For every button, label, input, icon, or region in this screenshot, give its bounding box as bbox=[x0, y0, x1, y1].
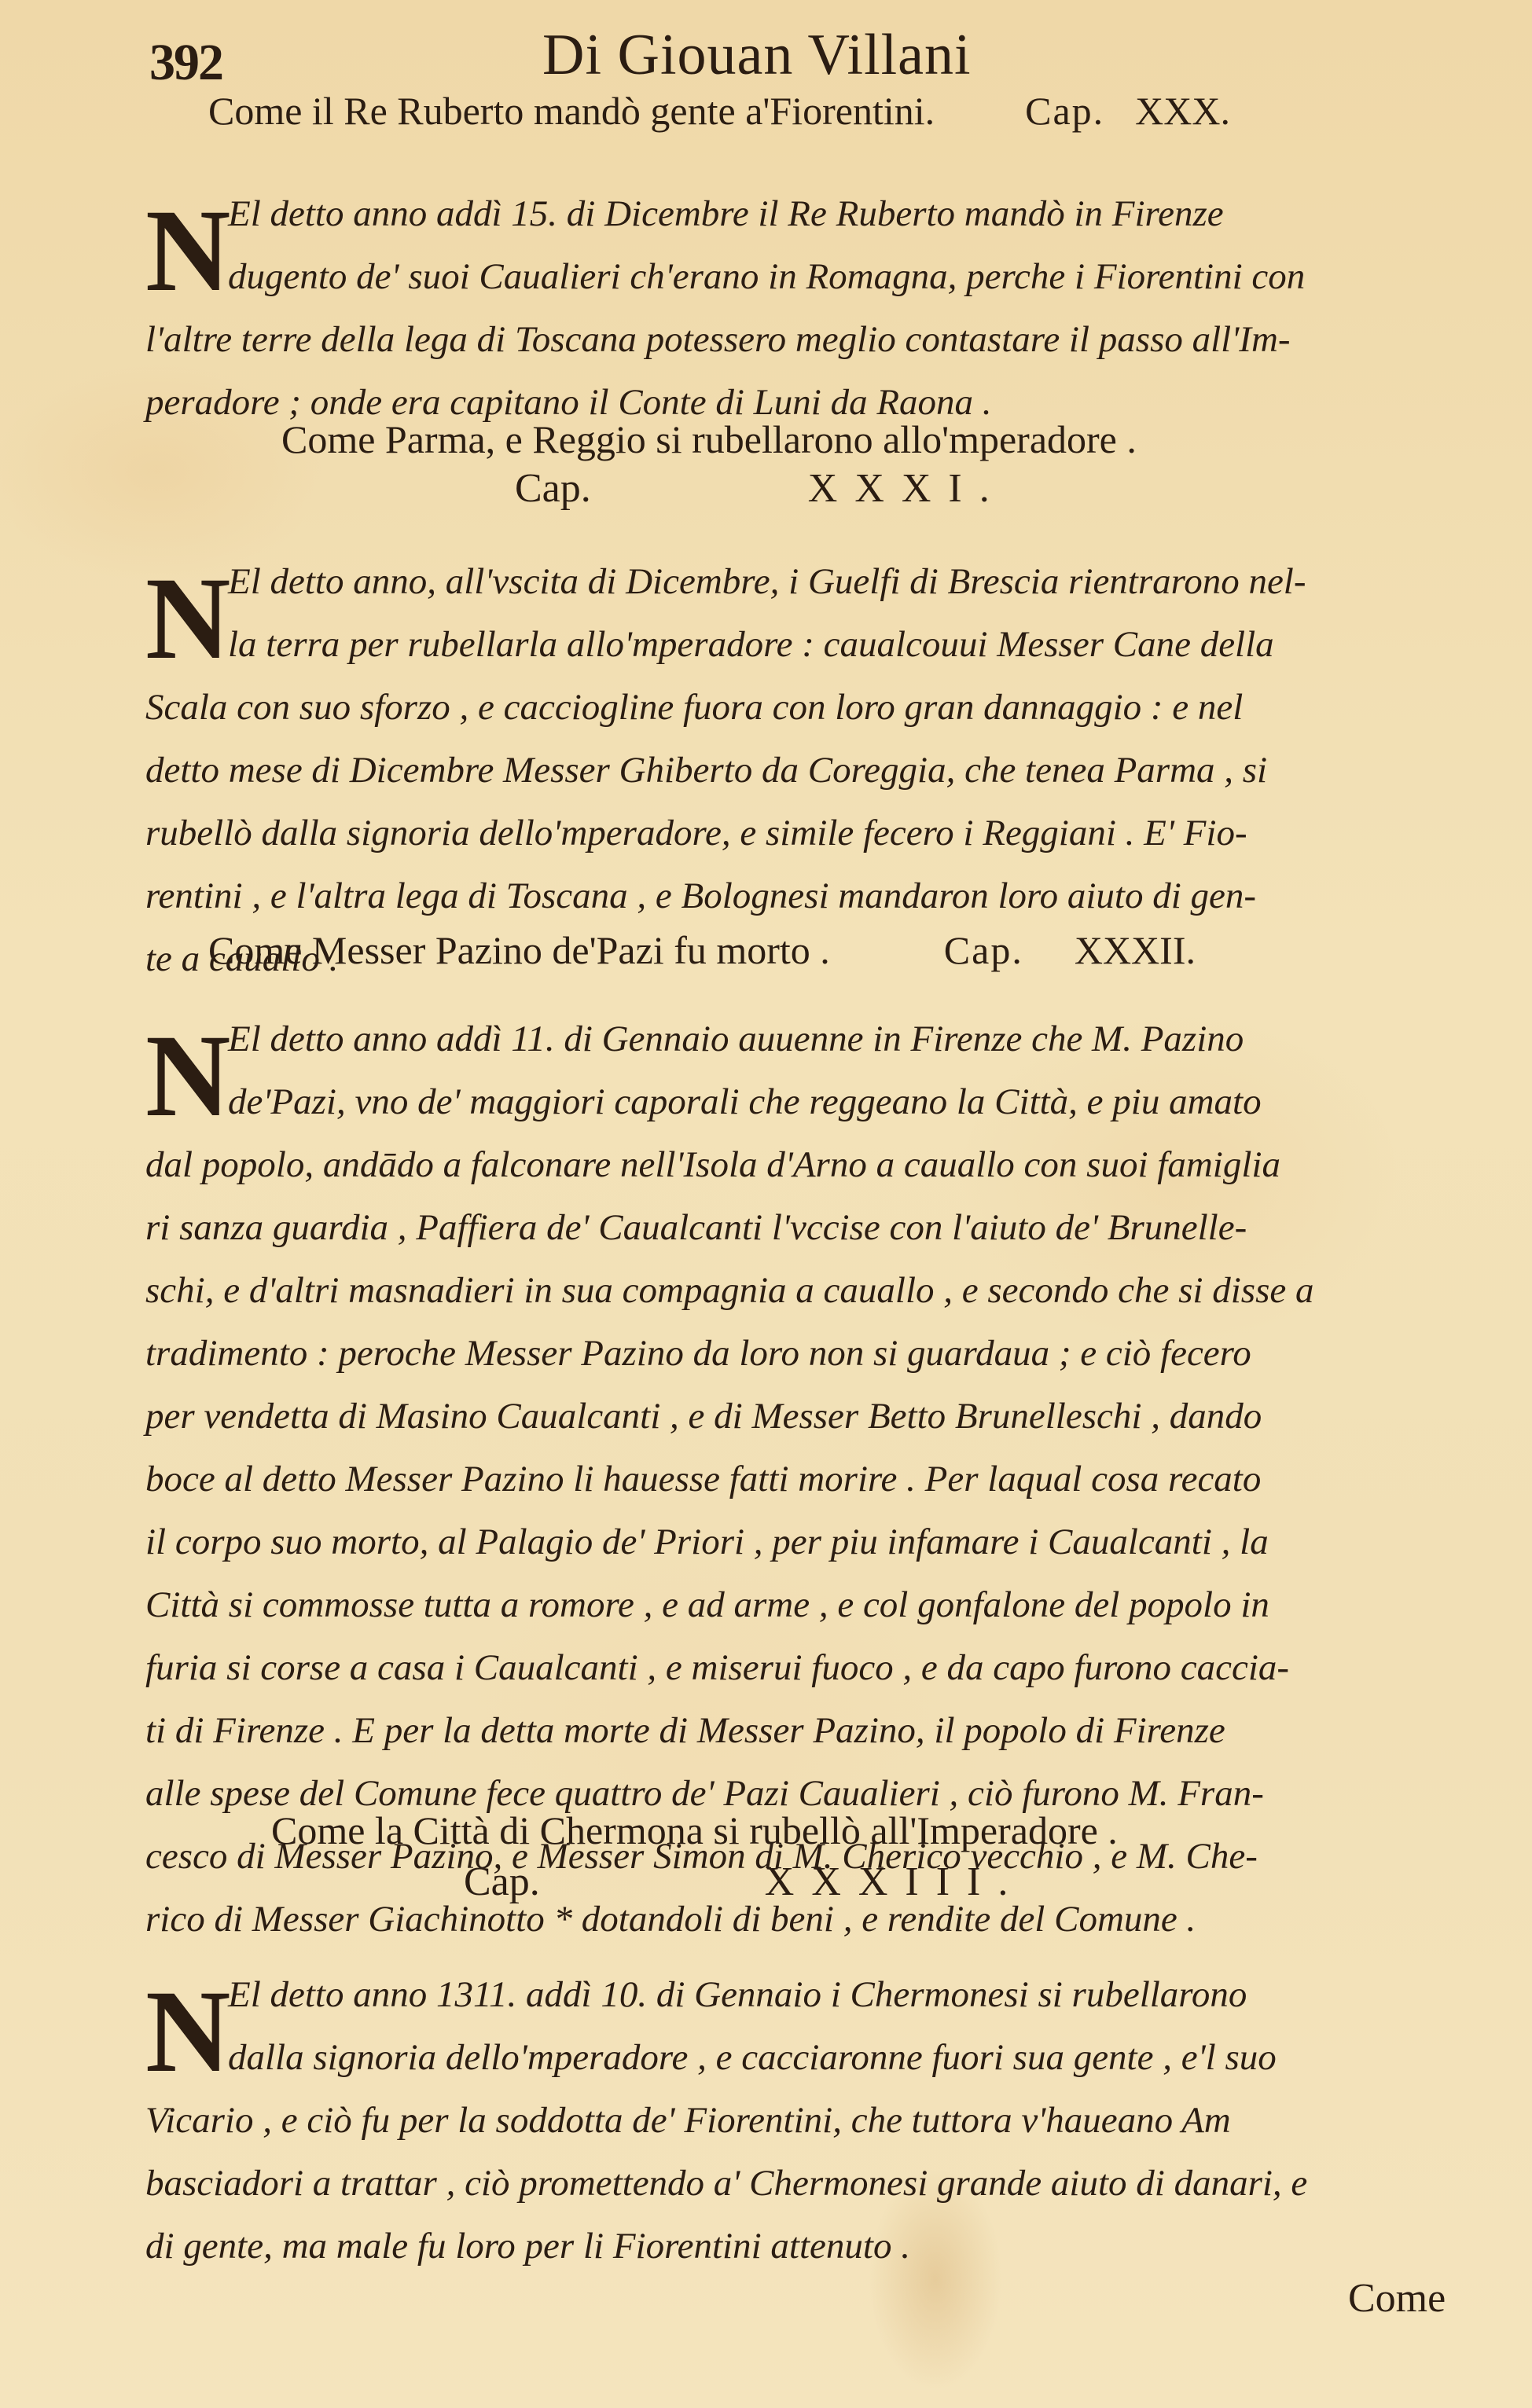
text-line: de'Pazi, vno de' maggiori caporali che r… bbox=[145, 1070, 1482, 1133]
cap-line-xxxiii: Cap. XXXIII. bbox=[464, 1859, 1025, 1905]
cap-label: Cap. bbox=[944, 928, 1023, 972]
cap-label: Cap. bbox=[464, 1859, 540, 1904]
chapter-title: Come il Re Ruberto mandò gente a'Fiorent… bbox=[208, 89, 935, 133]
chapter-heading-xxx: Come il Re Ruberto mandò gente a'Fiorent… bbox=[208, 88, 1230, 134]
text-line: basciadori a trattar , ciò promettendo a… bbox=[145, 2152, 1482, 2215]
text-line: El detto anno, all'vscita di Dicembre, i… bbox=[145, 550, 1482, 613]
running-head: 392 Di Giouan Villani bbox=[0, 22, 1532, 85]
text-line: Città si commosse tutta a romore , e ad … bbox=[145, 1573, 1482, 1636]
text-line: la terra per rubellarla allo'mperadore :… bbox=[145, 613, 1482, 676]
text-line: ti di Firenze . E per la detta morte di … bbox=[145, 1699, 1482, 1762]
chapter-heading-xxxii: Come Messer Pazino de'Pazi fu morto . Ca… bbox=[208, 927, 1196, 973]
text-line: El detto anno addì 15. di Dicembre il Re… bbox=[145, 182, 1482, 245]
cap-line-xxxi: Cap. XXXI. bbox=[515, 465, 1007, 512]
text-line: El detto anno addì 11. di Gennaio auuenn… bbox=[145, 1008, 1482, 1070]
text-line: ri sanza guardia , Paffiera de' Caualcan… bbox=[145, 1196, 1482, 1259]
text-line: boce al detto Messer Pazino li hauesse f… bbox=[145, 1448, 1482, 1511]
text-line: per vendetta di Masino Caualcanti , e di… bbox=[145, 1385, 1482, 1448]
book-title: Di Giouan Villani bbox=[542, 22, 972, 89]
chapter-text-xxxiii: N El detto anno 1311. addì 10. di Gennai… bbox=[145, 1963, 1482, 2278]
text-line: Vicario , e ciò fu per la soddotta de' F… bbox=[145, 2089, 1482, 2152]
text-line: l'altre terre della lega di Toscana pote… bbox=[145, 308, 1482, 371]
chapter-title: Come Messer Pazino de'Pazi fu morto . bbox=[208, 928, 830, 972]
text-line: Scala con suo sforzo , e cacciogline fuo… bbox=[145, 676, 1482, 739]
text-line: dal popolo, andādo a falconare nell'Isol… bbox=[145, 1133, 1482, 1196]
chapter-heading-xxxi: Come Parma, e Reggio si rubellarono allo… bbox=[281, 417, 1137, 462]
drop-cap: N bbox=[145, 560, 230, 677]
chapter-text-xxx: N El detto anno addì 15. di Dicembre il … bbox=[145, 182, 1482, 434]
page-number: 392 bbox=[149, 33, 222, 93]
cap-label: Cap. bbox=[1025, 89, 1104, 133]
text-line: di gente, ma male fu loro per li Fiorent… bbox=[145, 2215, 1482, 2278]
cap-number: XXXI. bbox=[808, 466, 1007, 511]
chapter-title: Come Parma, e Reggio si rubellarono allo… bbox=[281, 417, 1137, 461]
chapter-text-xxxi: N El detto anno, all'vscita di Dicembre,… bbox=[145, 550, 1482, 990]
cap-number: XXX. bbox=[1135, 89, 1230, 133]
chapter-heading-xxxiii: Come la Città di Chermona si rubellò all… bbox=[271, 1808, 1118, 1853]
cap-number: XXXIII. bbox=[765, 1859, 1026, 1904]
text-line: rubellò dalla signoria dello'mperadore, … bbox=[145, 802, 1482, 864]
text-line: detto mese di Dicembre Messer Ghiberto d… bbox=[145, 739, 1482, 802]
book-page: 392 Di Giouan Villani Come il Re Ruberto… bbox=[0, 0, 1532, 2408]
text-line: furia si corse a casa i Caualcanti , e m… bbox=[145, 1636, 1482, 1699]
cap-number: XXXII. bbox=[1075, 928, 1196, 972]
drop-cap: N bbox=[145, 192, 230, 310]
text-line: tradimento : peroche Messer Pazino da lo… bbox=[145, 1322, 1482, 1385]
text-line: El detto anno 1311. addì 10. di Gennaio … bbox=[145, 1963, 1482, 2026]
cap-label: Cap. bbox=[515, 466, 591, 511]
catchword: Come bbox=[1348, 2275, 1446, 2322]
text-line: dalla signoria dello'mperadore , e cacci… bbox=[145, 2026, 1482, 2089]
text-line: schi, e d'altri masnadieri in sua compag… bbox=[145, 1259, 1482, 1322]
text-line: dugento de' suoi Caualieri ch'erano in R… bbox=[145, 245, 1482, 308]
drop-cap: N bbox=[145, 1973, 230, 2090]
drop-cap: N bbox=[145, 1017, 230, 1135]
text-line: il corpo suo morto, al Palagio de' Prior… bbox=[145, 1511, 1482, 1573]
chapter-title: Come la Città di Chermona si rubellò all… bbox=[271, 1808, 1118, 1852]
text-line: rentini , e l'altra lega di Toscana , e … bbox=[145, 864, 1482, 927]
